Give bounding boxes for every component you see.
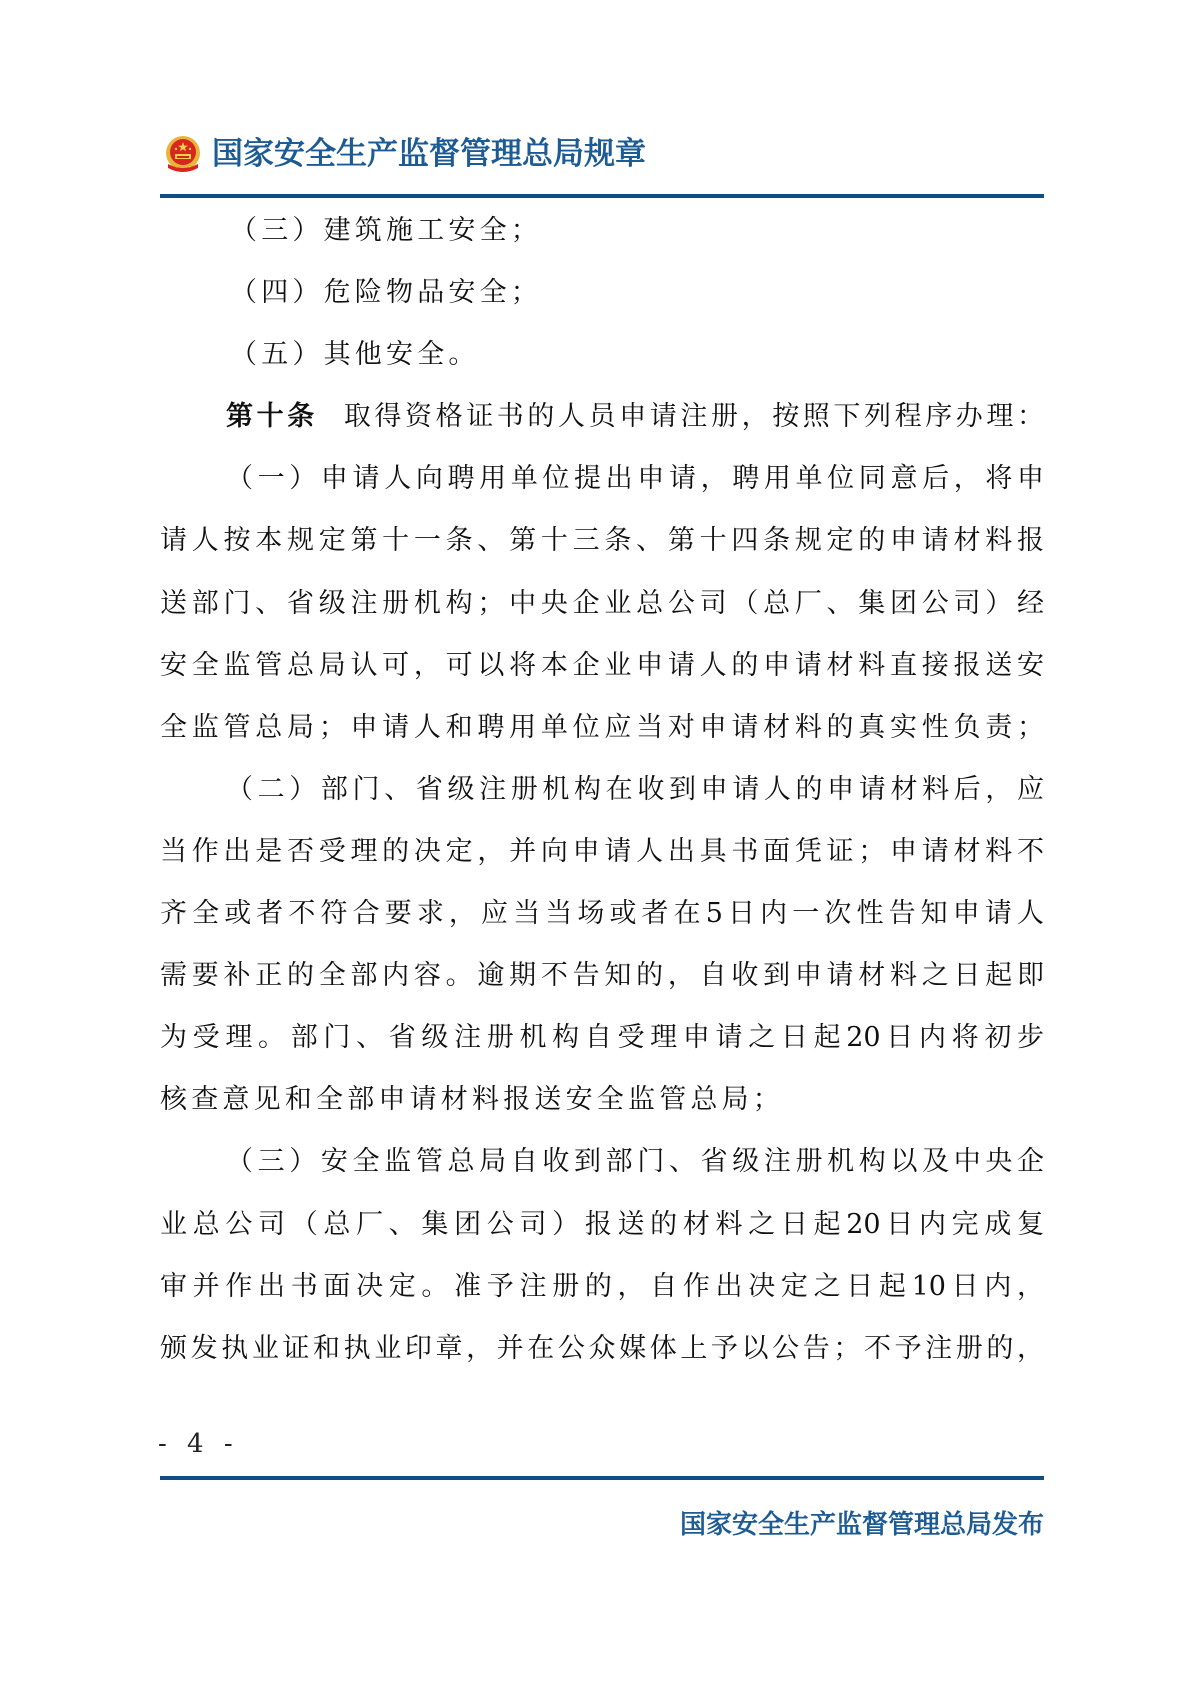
text-line: 送部门、省级注册机构；中央企业总公司（总厂、集团公司）经 — [160, 573, 1044, 635]
text-line: （四）危险物品安全； — [160, 262, 1044, 324]
line-text: 需要补正的全部内容。逾期不告知的，自收到申请材料之日起即 — [160, 960, 1044, 991]
line-text: 审并作出书面决定。准予注册的，自作出决定之日起10日内， — [160, 1271, 1044, 1302]
text-line: 请人按本规定第十一条、第十三条、第十四条规定的申请材料报 — [160, 510, 1044, 572]
header-rule — [160, 194, 1044, 198]
text-line: 需要补正的全部内容。逾期不告知的，自收到申请材料之日起即 — [160, 945, 1044, 1007]
text-line: 全监管总局；申请人和聘用单位应当对申请材料的真实性负责； — [160, 697, 1044, 759]
document-body: （三）建筑施工安全；（四）危险物品安全；（五）其他安全。第十条取得资格证书的人员… — [160, 200, 1044, 1380]
text-line: （三）安全监管总局自收到部门、省级注册机构以及中央企 — [160, 1131, 1044, 1193]
line-text: 送部门、省级注册机构；中央企业总公司（总厂、集团公司）经 — [160, 588, 1044, 619]
page-number: - 4 - — [158, 1424, 239, 1464]
line-text: 全监管总局；申请人和聘用单位应当对申请材料的真实性负责； — [160, 712, 1044, 743]
line-text: （五）其他安全。 — [230, 339, 480, 370]
text-line: 第十条取得资格证书的人员申请注册，按照下列程序办理： — [160, 386, 1044, 448]
text-line: 审并作出书面决定。准予注册的，自作出决定之日起10日内， — [160, 1256, 1044, 1318]
line-text: （三）建筑施工安全； — [230, 215, 542, 246]
line-text: （四）危险物品安全； — [230, 277, 542, 308]
line-text: 颁发执业证和执业印章，并在公众媒体上予以公告；不予注册的， — [160, 1333, 1044, 1364]
line-text: 业总公司（总厂、集团公司）报送的材料之日起20日内完成复 — [160, 1209, 1044, 1240]
text-line: 业总公司（总厂、集团公司）报送的材料之日起20日内完成复 — [160, 1194, 1044, 1256]
text-line: 齐全或者不符合要求，应当当场或者在5日内一次性告知申请人 — [160, 883, 1044, 945]
line-text: 齐全或者不符合要求，应当当场或者在5日内一次性告知申请人 — [160, 898, 1044, 929]
text-line: （二）部门、省级注册机构在收到申请人的申请材料后，应 — [160, 759, 1044, 821]
line-text: 核查意见和全部申请材料报送安全监管总局； — [160, 1084, 784, 1115]
line-text: 为受理。部门、省级注册机构自受理申请之日起20日内将初步 — [160, 1022, 1044, 1053]
line-text: 请人按本规定第十一条、第十三条、第十四条规定的申请材料报 — [160, 525, 1044, 556]
text-line: 当作出是否受理的决定，并向申请人出具书面凭证；申请材料不 — [160, 821, 1044, 883]
footer-publisher: 国家安全生产监督管理总局发布 — [680, 1505, 1044, 1545]
line-text: 安全监管总局认可，可以将本企业申请人的申请材料直接报送安 — [160, 650, 1044, 681]
header-title: 国家安全生产监督管理总局规章 — [212, 132, 646, 176]
text-line: （五）其他安全。 — [160, 324, 1044, 386]
line-text: （一）申请人向聘用单位提出申请，聘用单位同意后，将申 — [226, 463, 1044, 494]
text-line: 为受理。部门、省级注册机构自受理申请之日起20日内将初步 — [160, 1007, 1044, 1069]
text-line: 核查意见和全部申请材料报送安全监管总局； — [160, 1069, 1044, 1131]
footer-rule — [160, 1476, 1044, 1480]
text-line: 颁发执业证和执业印章，并在公众媒体上予以公告；不予注册的， — [160, 1318, 1044, 1380]
line-text: （二）部门、省级注册机构在收到申请人的申请材料后，应 — [226, 774, 1044, 805]
national-emblem-icon — [163, 134, 203, 176]
page-header: 国家安全生产监督管理总局规章 — [160, 128, 1044, 182]
text-line: （一）申请人向聘用单位提出申请，聘用单位同意后，将申 — [160, 448, 1044, 510]
text-line: 安全监管总局认可，可以将本企业申请人的申请材料直接报送安 — [160, 635, 1044, 697]
line-text: 当作出是否受理的决定，并向申请人出具书面凭证；申请材料不 — [160, 836, 1044, 867]
text-line: （三）建筑施工安全； — [160, 200, 1044, 262]
line-text: 取得资格证书的人员申请注册，按照下列程序办理： — [344, 401, 1044, 432]
line-text: （三）安全监管总局自收到部门、省级注册机构以及中央企 — [226, 1146, 1044, 1177]
article-label: 第十条 — [226, 401, 318, 432]
